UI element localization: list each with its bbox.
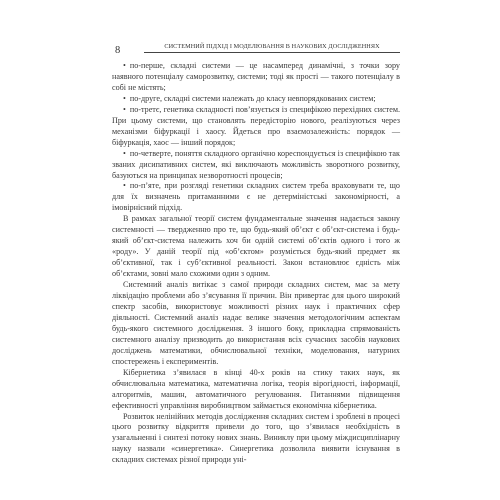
page-number: 8 — [115, 45, 120, 56]
bullet-item: по-друге, складні системи належать до кл… — [112, 94, 400, 105]
bullet-item: по-третє, генетика складності пов’язуєть… — [112, 105, 400, 149]
paragraph: В рамках загальної теорії систем фундаме… — [112, 214, 400, 280]
paragraph: Системний аналіз витікає з самої природи… — [112, 280, 400, 368]
bullet-item: по-перше, складні системи — це насампере… — [112, 61, 400, 94]
running-head: Системний підхід і моделювання в наукови… — [144, 43, 400, 53]
body-text: по-перше, складні системи — це насампере… — [112, 61, 400, 466]
bullet-item: по-четверте, поняття складного органічно… — [112, 149, 400, 182]
page-header: 8 Системний підхід і моделювання в науко… — [112, 40, 400, 58]
book-page: 8 Системний підхід і моделювання в науко… — [112, 40, 400, 466]
bullet-item: по-п’яте, при розгляді генетики складних… — [112, 181, 400, 214]
paragraph: Кібернетика з’явилася в кінці 40-х років… — [112, 368, 400, 412]
paragraph: Розвиток нелінійних методів дослідження … — [112, 412, 400, 467]
